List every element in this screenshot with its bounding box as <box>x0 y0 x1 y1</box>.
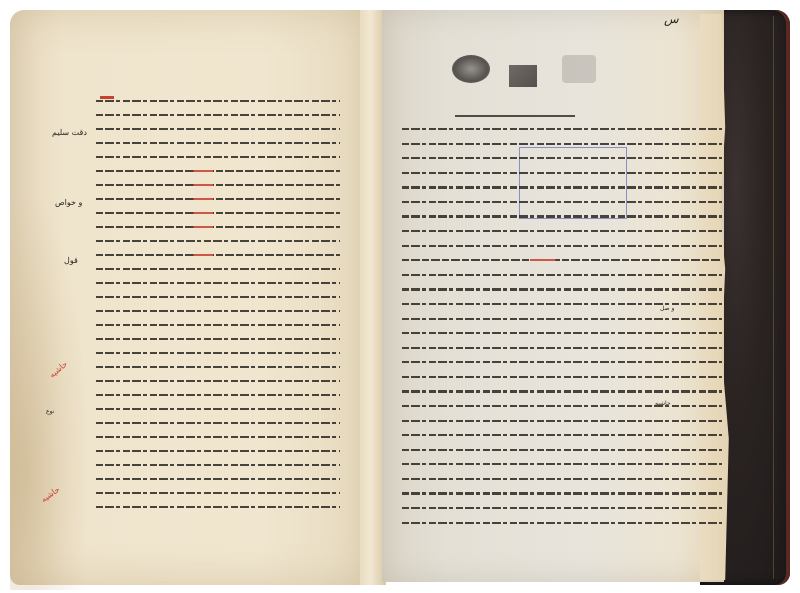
margin-note: و صل <box>660 305 674 312</box>
manuscript-spread: دقت سلیم و خواص قول حاشیه نوع حاشیه س و … <box>0 0 800 593</box>
margin-note: حاشیه <box>655 400 671 407</box>
margin-note: قول <box>64 256 78 265</box>
margin-note: و خواص <box>55 198 82 207</box>
oval-seal-stamp <box>452 55 490 83</box>
red-rubric <box>100 96 114 99</box>
right-page-text-block <box>402 128 722 536</box>
folio-mark: س <box>664 12 679 26</box>
faded-seal-stamp <box>562 55 596 83</box>
margin-note: دقت سلیم <box>52 128 87 137</box>
basmala-heading <box>455 115 575 117</box>
margin-note: نوع <box>46 408 54 415</box>
left-page-text-block <box>96 100 340 520</box>
square-seal-stamp <box>509 65 537 87</box>
